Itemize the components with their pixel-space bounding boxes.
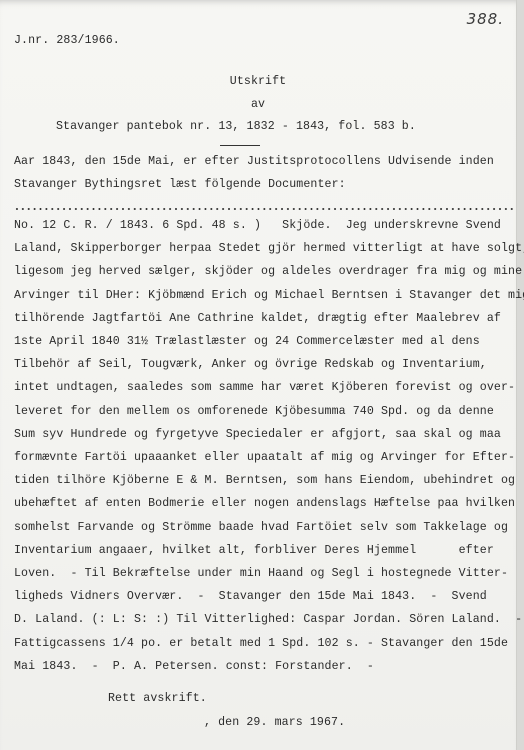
body-line: Mai 1843. - P. A. Petersen. const: Forst…	[14, 660, 374, 674]
document-title: Utskrift	[0, 75, 516, 89]
body-line: D. Laland. (: L: S: :) Til Vitterlighed:…	[14, 613, 522, 627]
body-line: Inventarium angaaer, hvilket alt, forbli…	[14, 544, 494, 558]
document-preposition: av	[0, 98, 516, 112]
attestation: Rett avskrift.	[108, 692, 207, 706]
dotted-separator	[14, 207, 514, 211]
body-line: intet undtagen, saaledes som samme har v…	[14, 381, 515, 395]
body-line: tilhörende Jagtfartöi Ane Cathrine kalde…	[14, 312, 501, 326]
body-line: No. 12 C. R. / 1843. 6 Spd. 48 s. ) Skjö…	[14, 219, 501, 233]
intro-line: Aar 1843, den 15de Mai, er efter Justits…	[14, 155, 494, 169]
body-line: tiden tilhöre Kjöberne E & M. Berntsen, …	[14, 474, 515, 488]
document-page: 388. J.nr. 283/1966. Utskrift av Stavang…	[0, 0, 517, 750]
body-line: Arvinger til DHer: Kjöbmænd Erich og Mic…	[14, 289, 524, 303]
page-number: 388.	[467, 10, 504, 28]
journal-number: J.nr. 283/1966.	[14, 34, 120, 48]
body-line: Laland, Skipperborger herpaa Stedet gjör…	[14, 242, 524, 256]
body-line: ligheds Vidners Overvær. - Stavanger den…	[14, 590, 487, 604]
body-line: ligesom jeg herved sælger, skjöder og al…	[14, 265, 522, 279]
body-line: Fattigcassens 1/4 po. er betalt med 1 Sp…	[14, 637, 508, 651]
date-line: , den 29. mars 1967.	[204, 716, 345, 730]
document-source: Stavanger pantebok nr. 13, 1832 - 1843, …	[56, 120, 416, 134]
body-line: somhelst Farvande og Strömme baade hvad …	[14, 521, 508, 535]
body-line: leveret for den mellem os omforenede Kjö…	[14, 405, 494, 419]
body-line: Tilbehör af Seil, Tougværk, Anker og övr…	[14, 358, 487, 372]
body-line: ubehæftet af enten Bodmerie eller nogen …	[14, 497, 515, 511]
body-line: 1ste April 1840 31½ Trælastlæster og 24 …	[14, 335, 480, 349]
heading-underline	[220, 145, 260, 146]
body-line: formævnte Fartöi upaaanket eller upaatal…	[14, 451, 515, 465]
intro-line: Stavanger Bythingsret læst fölgende Docu…	[14, 178, 346, 192]
body-line: Sum syv Hundrede og fyrgetyve Speciedale…	[14, 428, 501, 442]
body-line: Loven. - Til Bekræftelse under min Haand…	[14, 567, 508, 581]
